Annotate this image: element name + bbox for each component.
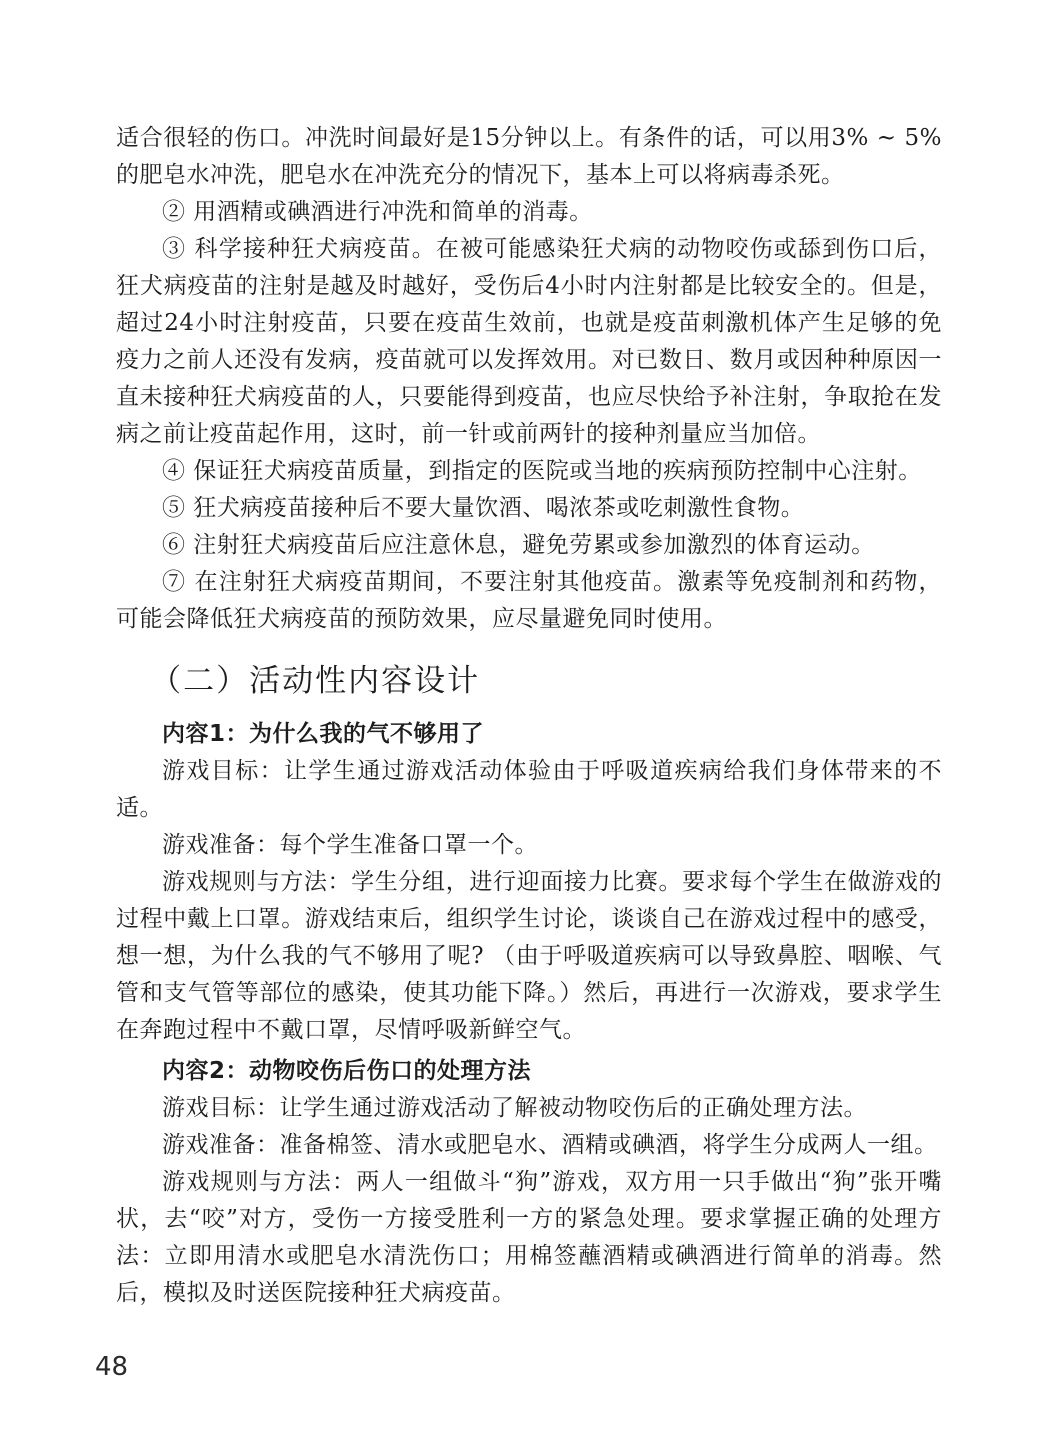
- paragraph: ⑥ 注射狂犬病疫苗后应注意休息，避免劳累或参加激烈的体育运动。: [116, 527, 942, 564]
- paragraph: 游戏准备：准备棉签、清水或肥皂水、酒精或碘酒，将学生分成两人一组。: [116, 1127, 942, 1164]
- paragraph: 游戏目标：让学生通过游戏活动体验由于呼吸道疾病给我们身体带来的不适。: [116, 753, 942, 827]
- section-heading: （二）活动性内容设计: [116, 660, 942, 702]
- activity-block-1: 内容1：为什么我的气不够用了 游戏目标：让学生通过游戏活动体验由于呼吸道疾病给我…: [116, 716, 942, 1049]
- paragraph: ⑤ 狂犬病疫苗接种后不要大量饮酒、喝浓茶或吃刺激性食物。: [116, 490, 942, 527]
- paragraph: 适合很轻的伤口。冲洗时间最好是15分钟以上。有条件的话，可以用3% ~ 5%的肥…: [116, 120, 942, 194]
- paragraph: ⑦ 在注射狂犬病疫苗期间，不要注射其他疫苗。激素等免疫制剂和药物，可能会降低狂犬…: [116, 564, 942, 638]
- paragraph: ④ 保证狂犬病疫苗质量，到指定的医院或当地的疾病预防控制中心注射。: [116, 453, 942, 490]
- activity-title: 内容2：动物咬伤后伤口的处理方法: [116, 1053, 942, 1090]
- page-body: 适合很轻的伤口。冲洗时间最好是15分钟以上。有条件的话，可以用3% ~ 5%的肥…: [116, 120, 942, 1312]
- document-page: 适合很轻的伤口。冲洗时间最好是15分钟以上。有条件的话，可以用3% ~ 5%的肥…: [0, 0, 1038, 1452]
- activity-block-2: 内容2：动物咬伤后伤口的处理方法 游戏目标：让学生通过游戏活动了解被动物咬伤后的…: [116, 1053, 942, 1312]
- paragraph: ③ 科学接种狂犬病疫苗。在被可能感染狂犬病的动物咬伤或舔到伤口后，狂犬病疫苗的注…: [116, 231, 942, 453]
- activity-title: 内容1：为什么我的气不够用了: [116, 716, 942, 753]
- paragraph: 游戏规则与方法：学生分组，进行迎面接力比赛。要求每个学生在做游戏的过程中戴上口罩…: [116, 864, 942, 1049]
- paragraph: ② 用酒精或碘酒进行冲洗和简单的消毒。: [116, 194, 942, 231]
- paragraph: 游戏规则与方法：两人一组做斗“狗”游戏，双方用一只手做出“狗”张开嘴状，去“咬”…: [116, 1164, 942, 1312]
- paragraph: 游戏准备：每个学生准备口罩一个。: [116, 827, 942, 864]
- paragraph: 游戏目标：让学生通过游戏活动了解被动物咬伤后的正确处理方法。: [116, 1090, 942, 1127]
- page-number: 48: [95, 1352, 128, 1382]
